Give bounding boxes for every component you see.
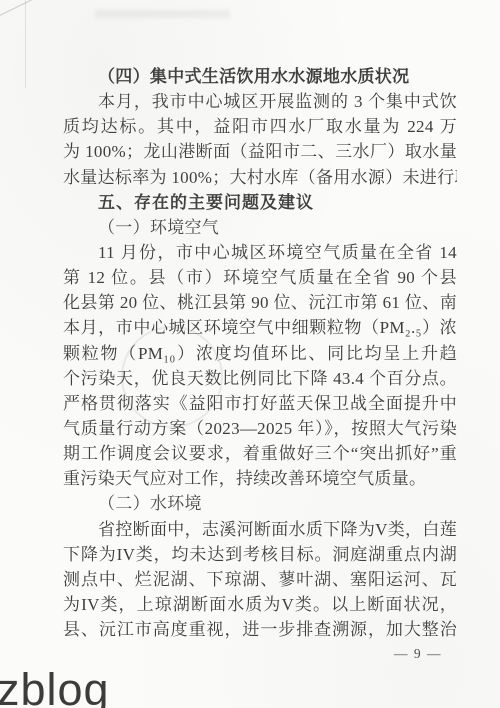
doc-line: 第 12 位。县（市）环境空气质量在全省 90 个县（市）排名：安	[63, 265, 457, 290]
doc-line: 质均达标。其中，益阳市四水厂取水量为 224 万吨，水量达标率	[63, 114, 457, 139]
scan-artifact-fold-line	[25, 0, 26, 88]
doc-line: 严格贯彻落实《益阳市打好蓝天保卫战全面提升中心城区环境空	[63, 391, 457, 416]
zblog-watermark: zblog	[0, 664, 110, 708]
scan-artifact-bleedthrough-text	[95, 10, 230, 18]
doc-line: 县、沅江市高度重视，进一步排查溯源，加大整治力度，做好枯	[63, 617, 457, 642]
doc-line: 11 月份，市中心城区环境空气质量在全省 14 个地市中排名	[63, 240, 457, 265]
doc-line: 省控断面中，志溪河断面水质下降为V类，白莲村断面水质	[63, 517, 457, 542]
subsection-heading-air: （一）环境空气	[63, 215, 457, 240]
doc-line: 化县第 20 位、桃江县第 90 位、沅江市第 61 位、南县第 82 位。	[63, 290, 457, 315]
scanned-document-page: （四）集中式生活饮用水水源地水质状况 本月，我市中心城区开展监测的 3 个集中式…	[0, 0, 500, 708]
doc-line: 水量达标率为 100%；大村水库（备用水源）未进行取水。	[63, 165, 457, 190]
doc-line: 个污染天，优良天数比例同比下降 43.4 个百分点。各县市区要	[63, 366, 457, 391]
doc-line: 期工作调度会议要求，着重做好三个“突出抓好”重点工作，强化	[63, 441, 457, 466]
document-body: （四）集中式生活饮用水水源地水质状况 本月，我市中心城区开展监测的 3 个集中式…	[63, 64, 457, 642]
subsection-heading-water: （二）水环境	[63, 491, 457, 516]
doc-line: 本月，我市中心城区开展监测的 3 个集中式饮用水水源地水	[63, 89, 457, 114]
doc-line: 重污染天气应对工作，持续改善环境空气质量。	[63, 466, 457, 491]
doc-line: 下降为IV类，均未达到考核目标。洞庭湖重点内湖及环湖河流监	[63, 542, 457, 567]
doc-line: 测点中、烂泥湖、下琼湖、蓼叶湖、塞阳运河、瓦缸河断面水质	[63, 567, 457, 592]
section-heading-5: 五、存在的主要问题及建议	[63, 190, 457, 215]
section-heading-4: （四）集中式生活饮用水水源地水质状况	[63, 64, 457, 89]
scan-artifact-corner-line	[0, 0, 42, 18]
doc-line: 气质量行动方案（2023—2025 年）》，按照大气污染防治特护	[63, 416, 457, 441]
page-number: — 9 —	[394, 646, 442, 662]
doc-line: 本月，市中心城区环境空气中细颗粒物（PM₂.₅）浓度、可吸入	[63, 315, 457, 340]
doc-line: 为 100%；龙山港断面（益阳市二、三水厂）取水量为 6 万吨，	[63, 139, 457, 164]
doc-line: 颗粒物（PM₁₀）浓度均值环比、同比均呈上升趋势，产生了 14	[63, 341, 457, 366]
doc-line: 为IV类，上琼湖断面水质为V类。以上断面状况，请赫山区、南	[63, 592, 457, 617]
